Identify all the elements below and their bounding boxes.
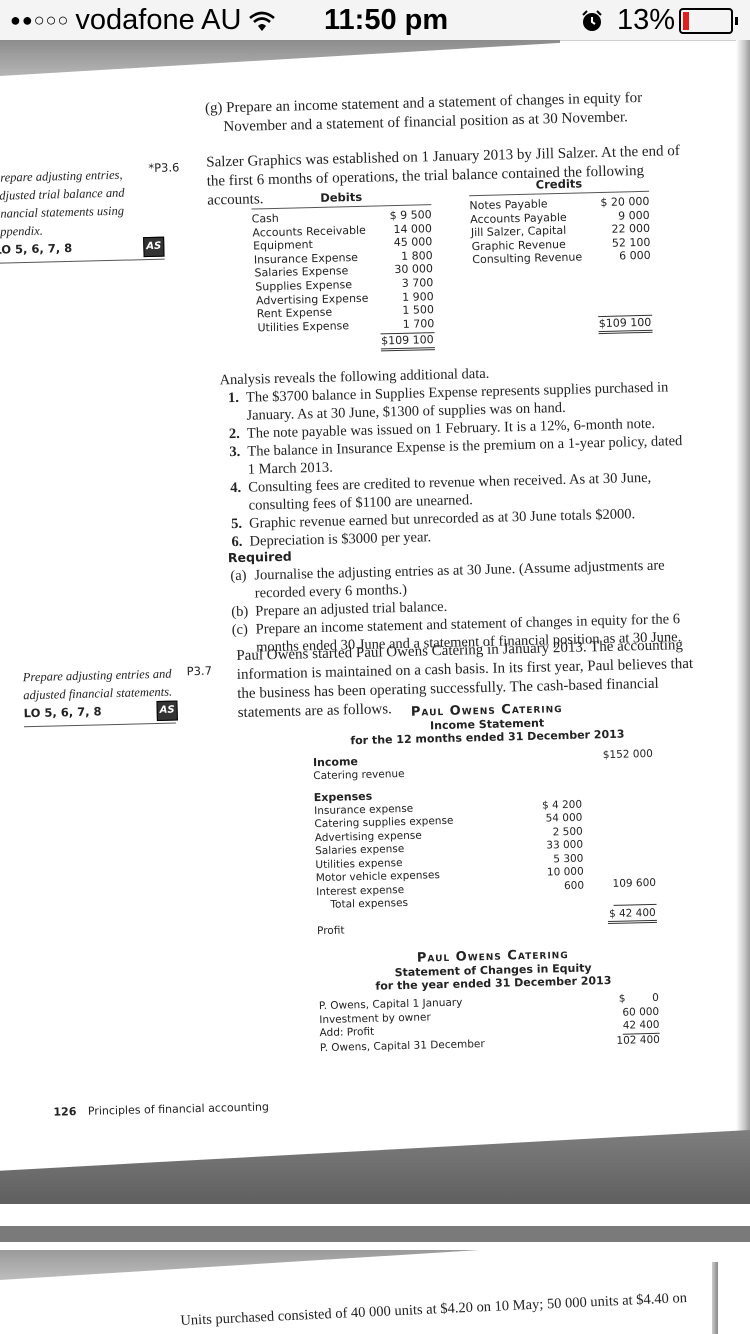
screenshot-gap (0, 1226, 750, 1242)
debit-row-amount: 3 700 (402, 276, 434, 290)
analysis-list: 1.The $3700 balance in Supplies Expense … (220, 378, 694, 551)
analysis-item-number: 5. (231, 515, 249, 533)
profit-amount: $ 42 400 (608, 906, 657, 924)
debit-row-label: Advertising Expense (256, 291, 369, 307)
expense-amount: 10 000 (536, 866, 584, 881)
p37-side-note-text: Prepare adjusting entries and adjusted f… (23, 667, 173, 703)
required-item-number: (c) (232, 621, 256, 640)
total-expenses: 109 600 (612, 877, 656, 906)
book-title: Principles of financial accounting (88, 1100, 269, 1117)
next-page-text: Units purchased consisted of 40 000 unit… (180, 1289, 687, 1330)
equity-label: Investment by owner (319, 1011, 431, 1027)
battery-icon (679, 8, 733, 34)
debit-row-label: Cash (252, 212, 279, 226)
page-curl-shadow (736, 40, 750, 1140)
p36-number: *P3.6 (148, 160, 179, 175)
carrier-name: vodafone AU (75, 4, 241, 37)
debit-row-amount: 1 800 (401, 249, 433, 263)
credit-row-amount: 22 000 (611, 222, 650, 237)
equity-label: Add: Profit (319, 1026, 374, 1042)
debit-row-amount: 45 000 (394, 235, 433, 250)
debit-row-amount: 1 700 (403, 317, 435, 331)
credits-header: Credits (469, 175, 649, 193)
required-item-number: (a) (230, 567, 254, 586)
equity-rows: P. Owens, Capital 1 January$ 0Investment… (319, 992, 670, 1056)
expense-amount: 33 000 (535, 839, 583, 854)
analysis-item-number: 3. (229, 443, 247, 461)
debit-row-amount: 30 000 (394, 262, 433, 277)
equity-label: P. Owens, Capital 31 December (320, 1038, 485, 1056)
debit-row-label: Equipment (253, 238, 313, 253)
income-total: $152 000 (603, 748, 653, 763)
book-page: (g) Prepare an income statement and a st… (0, 40, 750, 1230)
side-divider-2 (24, 723, 176, 728)
page-number: 126 (53, 1105, 76, 1119)
total-expenses-label: Total expenses (330, 897, 408, 912)
p37-as-badge: AS (156, 700, 177, 721)
analysis-section: Analysis reveals the following additiona… (219, 360, 693, 551)
p36-side-note-text: Prepare adjusting entries, adjusted tria… (0, 168, 125, 239)
credit-row-label: Consulting Revenue (472, 251, 582, 267)
credit-row-amount: 52 100 (612, 236, 651, 251)
equity-amount: 42 400 (623, 1019, 660, 1034)
credit-row-amount: 6 000 (619, 249, 651, 263)
p36-side-note: Prepare adjusting entries, adjusted tria… (0, 165, 145, 264)
clock-time: 11:50 pm (324, 4, 448, 37)
expense-amount: 54 000 (534, 812, 582, 827)
battery-percent: 13% (617, 4, 675, 37)
credits-total: $109 100 (598, 315, 653, 334)
battery-level-fill (683, 12, 689, 30)
p36-as-badge: AS (143, 237, 164, 258)
debit-row-amount: 1 500 (402, 303, 434, 317)
analysis-item-number: 1. (228, 389, 246, 407)
next-page-shadow (0, 1250, 480, 1280)
credits-column: Credits Notes Payable$ 20 000Accounts Pa… (469, 175, 653, 337)
p37-learning-objectives: LO 5, 6, 7, 8 (24, 704, 102, 720)
expense-amount: 600 (536, 879, 584, 894)
next-page-preview: Units purchased consisted of 40 000 unit… (0, 1250, 750, 1334)
expense-amount: $ 4 200 (534, 798, 582, 813)
equity-amount: 102 400 (616, 1033, 660, 1048)
credit-row-amount: 9 000 (618, 208, 650, 222)
debit-row-label: Utilities Expense (257, 319, 349, 335)
analysis-item-number: 4. (230, 479, 248, 497)
profit-label: Profit (317, 924, 345, 938)
signal-dots-icon: ●●○○○ (10, 10, 69, 31)
equity-statement: Paul Owens Catering Statement of Changes… (318, 945, 670, 1056)
debits-total: $109 100 (380, 332, 435, 351)
credit-row-amount: $ 20 000 (600, 195, 649, 210)
debit-row-amount: 14 000 (393, 222, 432, 237)
battery-cap (735, 17, 738, 25)
alarm-clock-icon (581, 10, 603, 32)
credits-list: Notes Payable$ 20 000Accounts Payable9 0… (469, 195, 651, 267)
income-statement: Paul Owens Catering Income Statement for… (312, 699, 668, 938)
debit-row-label: Accounts Receivable (252, 223, 366, 239)
debits-header: Debits (251, 188, 431, 206)
debits-column: Debits Cash$ 9 500Accounts Receivable14 … (251, 188, 435, 354)
p37-number: P3.7 (187, 664, 213, 679)
expense-amount: 5 300 (535, 852, 583, 867)
debits-list: Cash$ 9 500Accounts Receivable14 000Equi… (252, 208, 435, 335)
expense-amount: 2 500 (535, 825, 583, 840)
prev-question-g: (g) Prepare an income statement and a st… (205, 88, 694, 138)
next-page-edge (712, 1262, 718, 1334)
p36-learning-objectives: LO 5, 6, 7, 8 (0, 241, 72, 257)
debit-row-amount: 1 900 (402, 290, 434, 304)
equity-amount: 60 000 (622, 1005, 659, 1019)
side-divider (0, 259, 165, 264)
status-bar: ●●○○○ vodafone AU 11:50 pm 13% (0, 0, 750, 41)
required-item-number: (b) (231, 603, 255, 622)
page-footer: 126 Principles of financial accounting (53, 1100, 269, 1118)
analysis-item-number: 2. (229, 425, 247, 443)
wifi-icon (249, 10, 275, 32)
equity-amount: $ 0 (619, 992, 659, 1006)
debit-row-amount: $ 9 500 (389, 208, 431, 223)
p37-side-note: Prepare adjusting entries and adjusted f… (23, 665, 174, 728)
